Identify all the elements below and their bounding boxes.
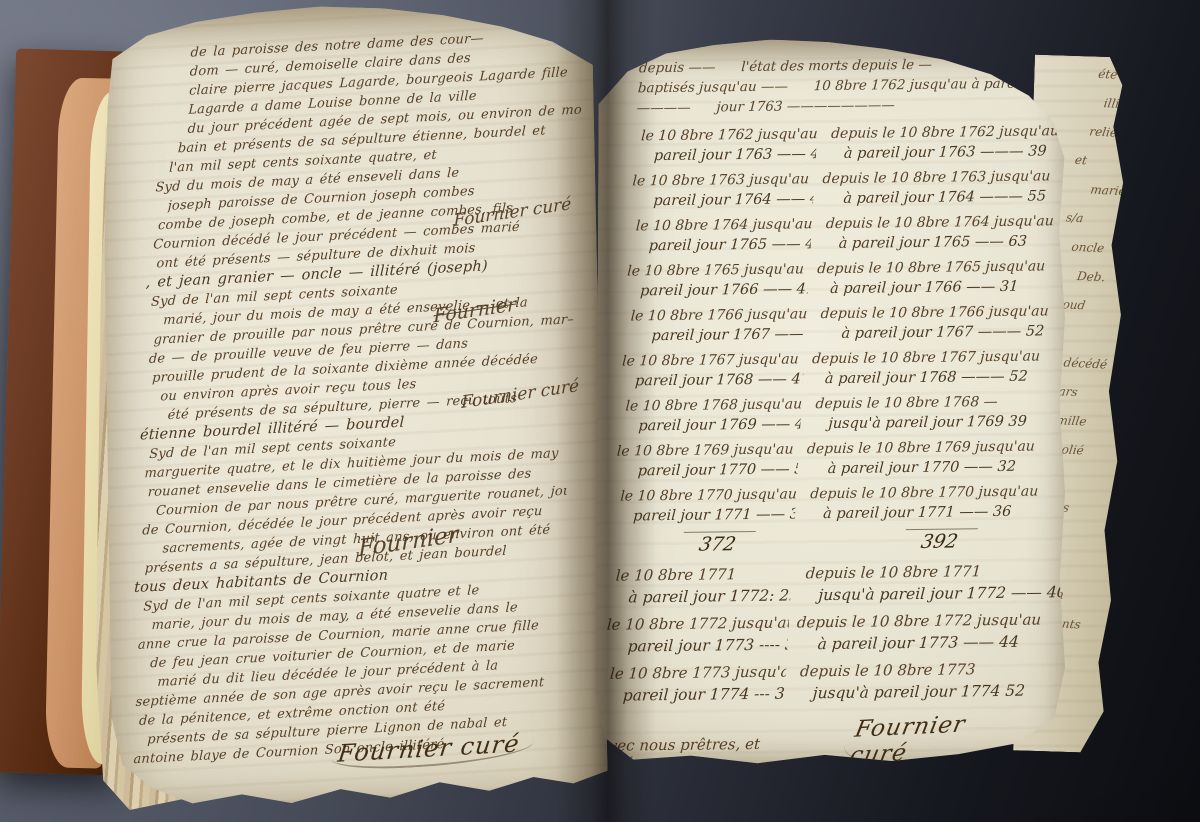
page-footer: avec nous prêtres, et curé Fournier curé — [598, 712, 1031, 773]
baptisms-column: le 10 8bre 1766 jusqu'au pareil jour 176… — [623, 304, 807, 346]
register-row: le 10 8bre 1769 jusqu'au pareil jour 177… — [615, 436, 1047, 481]
edge-fragment: décédé — [1060, 355, 1124, 387]
yearly-counts-table: le 10 8bre 1762 jusqu'au pareil jour 176… — [613, 121, 1066, 527]
manuscript-photo: été illitéré relié et marié s/a oncle De… — [0, 0, 1200, 822]
register-row: le 10 8bre 1763 jusqu'au pareil jour 176… — [631, 166, 1063, 211]
right-page: 922 depuis —— l'état des morts depuis le… — [595, 39, 1077, 769]
baptisms-column: le 10 8bre 1764 jusqu'au pareil jour 176… — [628, 214, 812, 256]
deaths-column: depuis le 10 8bre 1771 jusqu'à pareil jo… — [790, 559, 1069, 606]
deaths-column: depuis le 10 8bre 1773 jusqu'à pareil jo… — [784, 658, 1035, 705]
edge-fragment: oud — [1059, 297, 1133, 329]
deaths-total: 392 — [901, 528, 978, 553]
totals-row: 372 392 — [611, 527, 1042, 556]
footer-note: avec nous prêtres, et curé — [598, 735, 785, 773]
register-row: le 10 8bre 1766 jusqu'au pareil jour 176… — [623, 301, 1055, 346]
baptisms-column: le 10 8bre 1763 jusqu'au pareil jour 176… — [631, 169, 815, 211]
baptisms-column: le 10 8bre 1772 jusqu'au pareil jour 177… — [605, 612, 790, 658]
register-row: le 10 8bre 1764 jusqu'au pareil jour 176… — [628, 211, 1060, 256]
deaths-column: depuis le 10 8bre 1769 jusqu'au à pareil… — [797, 436, 1047, 479]
deaths-column: depuis le 10 8bre 1764 jusqu'au à pareil… — [810, 211, 1060, 254]
cure-signature: Fournier curé — [838, 708, 1036, 773]
baptisms-column: le 10 8bre 1769 jusqu'au pareil jour 177… — [615, 439, 799, 481]
edge-fragment: et — [1072, 153, 1156, 186]
register-row: le 10 8bre 1768 jusqu'au pareil jour 176… — [618, 391, 1050, 436]
register-row: le 10 8bre 1772 jusqu'au pareil jour 177… — [605, 609, 1038, 658]
register-row: le 10 8bre 1770 jusqu'au pareil jour 177… — [613, 481, 1045, 526]
baptisms-column: le 10 8bre 1770 jusqu'au pareil jour 177… — [613, 484, 797, 526]
left-page: de la paroisse des notre dame des cour— … — [97, 1, 609, 813]
edge-fragment: été — [1095, 67, 1169, 99]
baptisms-column: le 10 8bre 1773 jusqu'au pareil jour 177… — [602, 661, 787, 707]
deaths-column: depuis le 10 8bre 1766 jusqu'au à pareil… — [805, 301, 1055, 344]
register-row: le 10 8bre 1762 jusqu'au pareil jour 176… — [633, 121, 1065, 166]
edge-fragment: Deb. — [1074, 269, 1138, 301]
register-row: le 10 8bre 1773 jusqu'au pareil jour 177… — [602, 658, 1035, 707]
edge-fragment: relié — [1086, 124, 1160, 156]
deaths-column: depuis le 10 8bre 1768 — jusqu'à pareil … — [800, 391, 1050, 434]
edge-fragment: marié — [1087, 183, 1151, 215]
baptisms-column: le 10 8bre 1762 jusqu'au pareil jour 176… — [633, 124, 817, 166]
deaths-column: depuis le 10 8bre 1772 jusqu'au à pareil… — [787, 608, 1042, 655]
register-row: le 10 8bre 1771 à pareil jour 1772: 29 d… — [608, 559, 1041, 608]
baptisms-column: le 10 8bre 1771 à pareil jour 1772: 29 — [608, 563, 793, 609]
baptisms-column: le 10 8bre 1768 jusqu'au pareil jour 176… — [618, 394, 802, 436]
deaths-column: depuis le 10 8bre 1767 jusqu'au à pareil… — [802, 346, 1052, 389]
baptisms-total: 372 — [679, 531, 756, 556]
deaths-column: depuis le 10 8bre 1770 jusqu'au à pareil… — [795, 481, 1045, 524]
table-header: depuis —— l'état des morts depuis le — b… — [636, 53, 1069, 118]
yearly-counts-continued: le 10 8bre 1771 à pareil jour 1772: 29 d… — [602, 559, 1040, 706]
edge-fragment: illitéré — [1101, 96, 1165, 128]
deaths-column: depuis le 10 8bre 1762 jusqu'au à pareil… — [815, 121, 1065, 164]
register-row: le 10 8bre 1767 jusqu'au pareil jour 176… — [620, 346, 1052, 391]
baptisms-column: le 10 8bre 1767 jusqu'au pareil jour 176… — [620, 349, 804, 391]
register-row: le 10 8bre 1765 jusqu'au pareil jour 176… — [626, 256, 1058, 301]
edge-fragment: oncle — [1068, 240, 1142, 272]
edge-fragment: s/a — [1063, 210, 1147, 243]
deaths-column: depuis le 10 8bre 1765 jusqu'au à pareil… — [808, 256, 1058, 299]
deaths-column: depuis le 10 8bre 1763 jusqu'au à pareil… — [813, 166, 1063, 209]
baptisms-column: le 10 8bre 1765 jusqu'au pareil jour 176… — [626, 259, 810, 301]
